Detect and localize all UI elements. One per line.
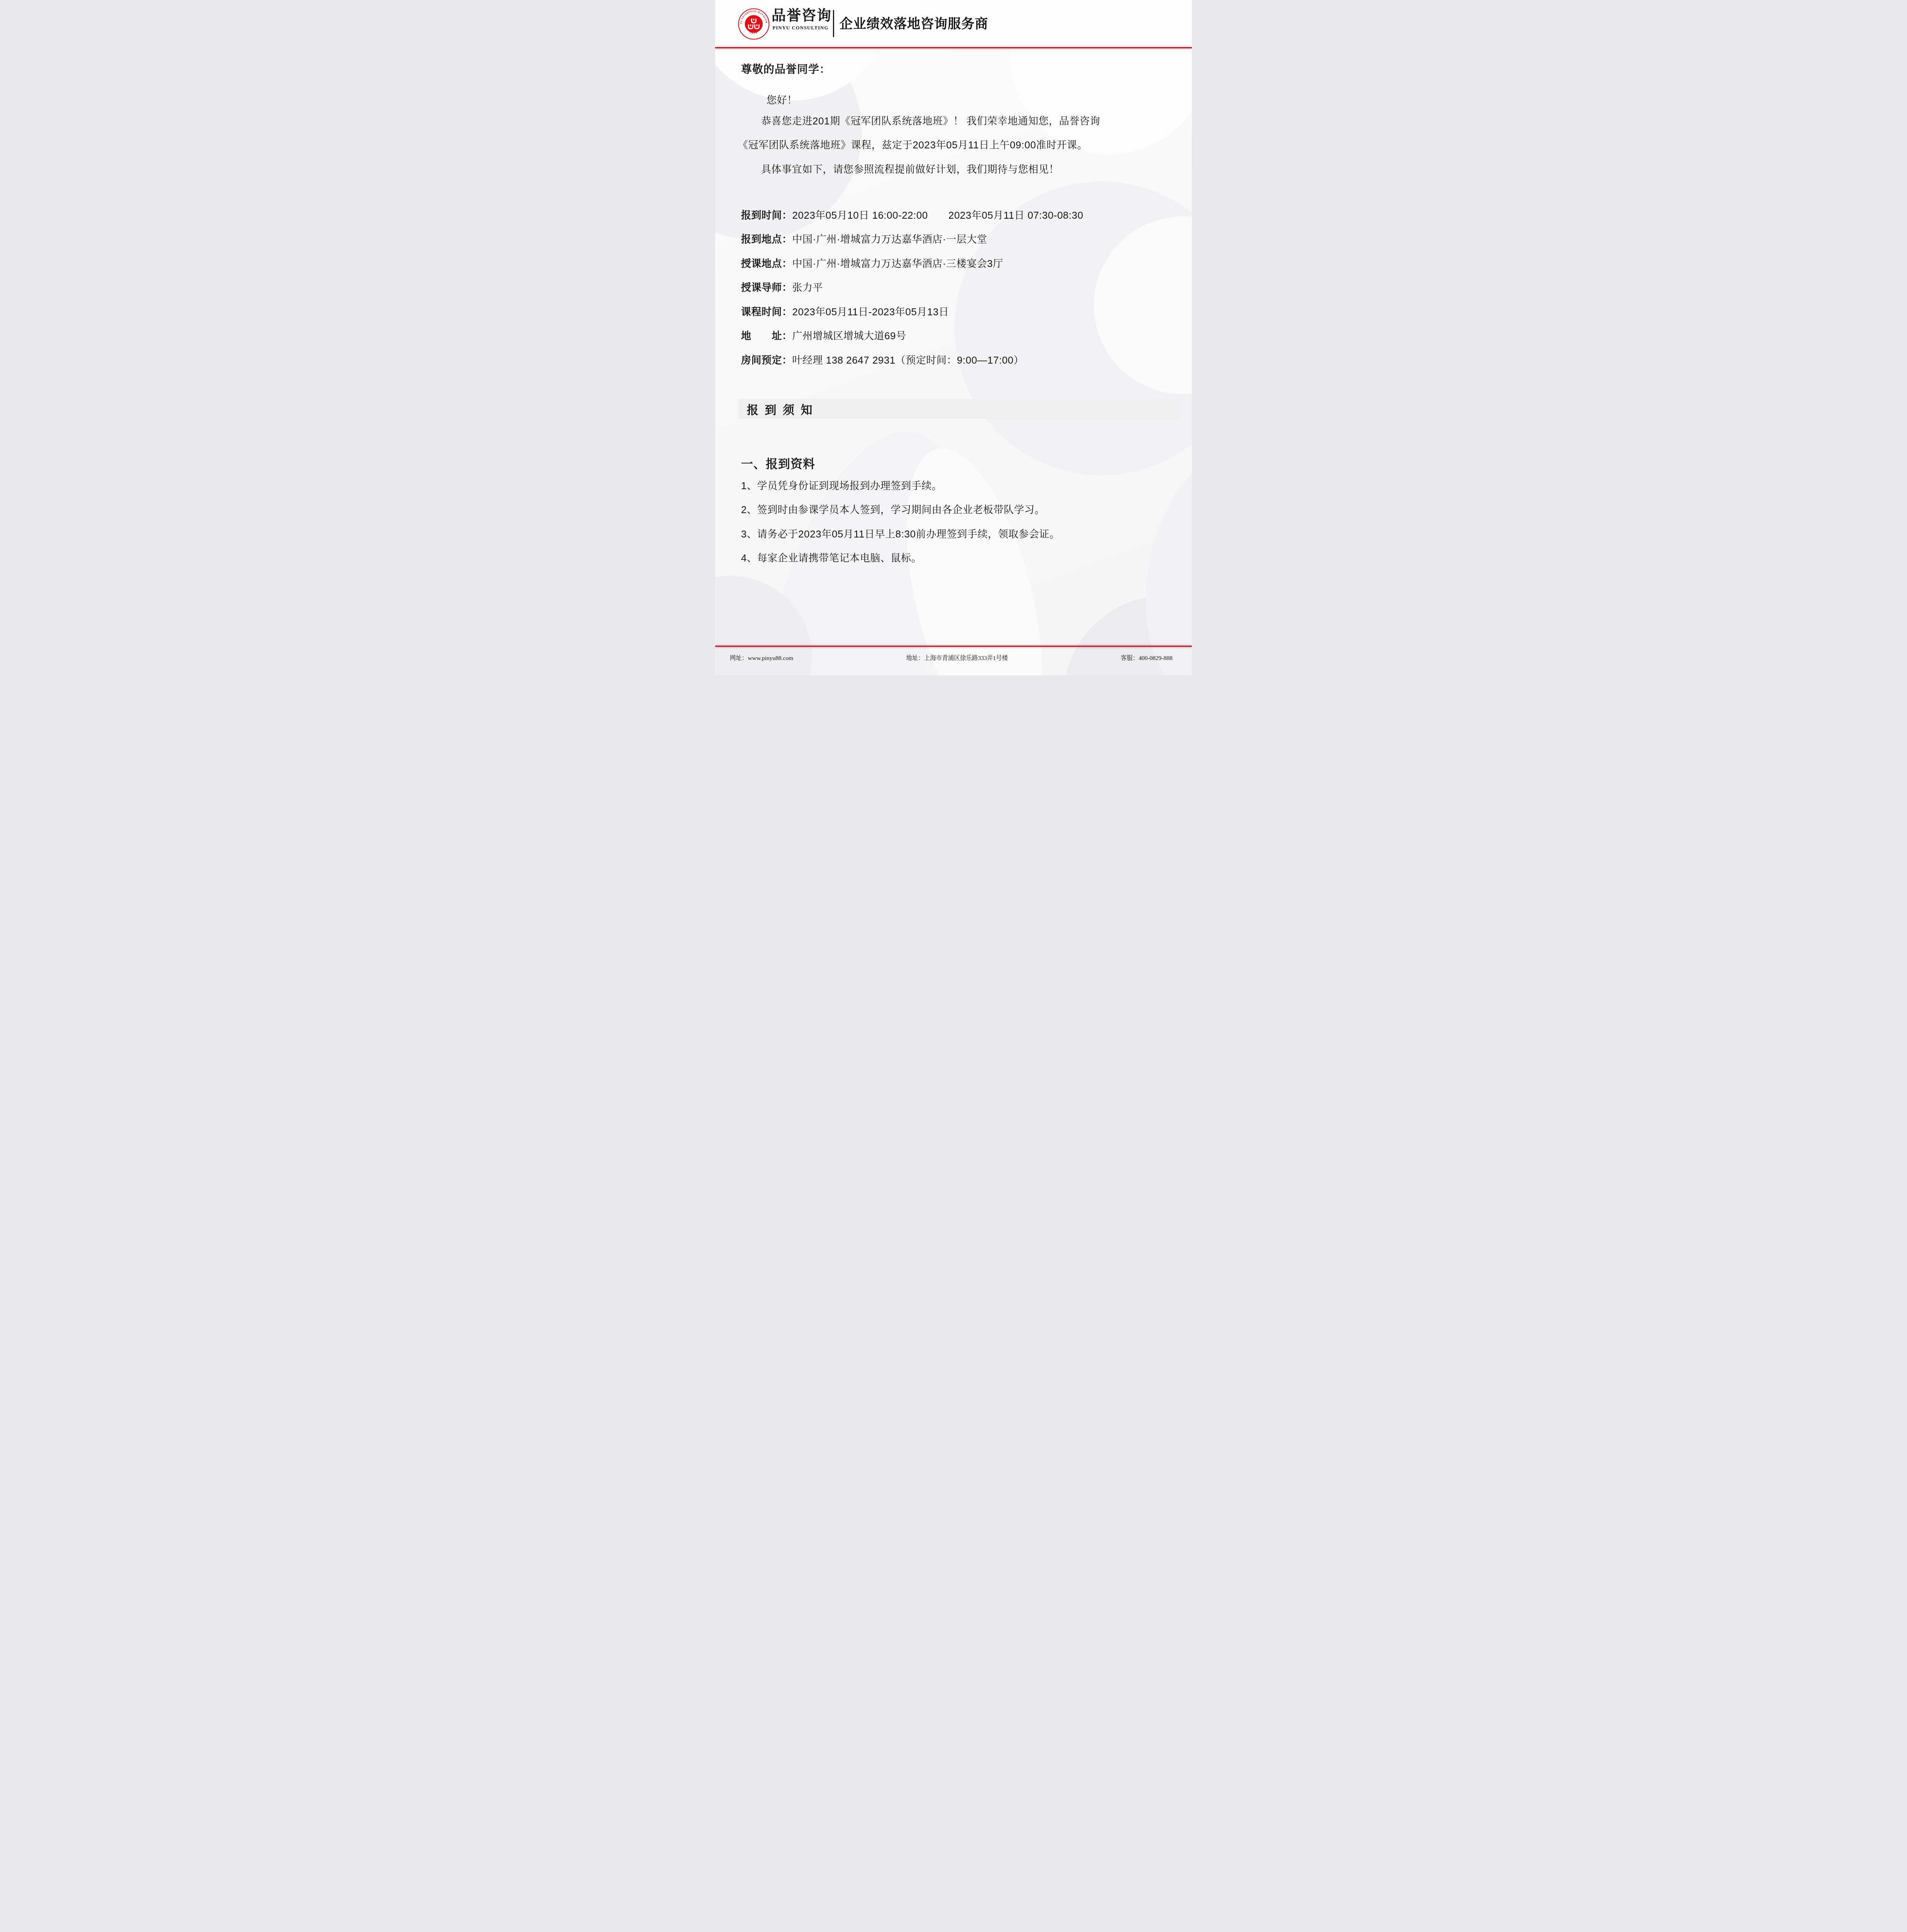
header: PINYU ENTERPRISE MANAGEMENT 2014	[715, 0, 1192, 47]
detail-label: 课程时间：	[741, 304, 792, 318]
pinyu-seal-logo-icon: PINYU ENTERPRISE MANAGEMENT 2014	[738, 8, 770, 40]
detail-label: 地 址：	[741, 328, 792, 342]
notice-list: 1、学员凭身份证到现场报到办理签到手续。 2、签到时由参课学员本人签到，学习期间…	[741, 473, 1176, 570]
detail-row: 地 址：广州增城区增城大道69号	[741, 323, 1176, 348]
footer-service-phone: 客服：400-0829-888	[1121, 653, 1173, 662]
event-details-list: 报到时间：2023年05月10日 16:00-22:00 2023年05月11日…	[741, 202, 1176, 372]
header-tagline: 企业绩效落地咨询服务商	[840, 13, 988, 32]
detail-row: 报到地点：中国·广州·增城富力万达嘉华酒店·一层大堂	[741, 227, 1176, 251]
detail-label: 报到时间：	[741, 207, 792, 222]
detail-row: 房间预定：叶经理 138 2647 2931（预定时间：9:00—17:00）	[741, 347, 1176, 372]
detail-value: 中国·广州·增城富力万达嘉华酒店·一层大堂	[792, 231, 987, 246]
detail-value: 广州增城区增城大道69号	[792, 328, 906, 342]
detail-label: 报到地点：	[741, 231, 792, 246]
detail-value: 叶经理 138 2647 2931（预定时间：9:00—17:00）	[792, 352, 1024, 367]
header-red-rule	[715, 47, 1192, 48]
detail-row: 课程时间：2023年05月11日-2023年05月13日	[741, 299, 1176, 323]
intro-paragraph: 恭喜您走进201期《冠军团队系统落地班》！ 我们荣幸地通知您，品誉咨询 《冠军团…	[741, 108, 1168, 181]
detail-row: 授课导师：张力平	[741, 275, 1176, 299]
brand-name-cn: 品誉咨询	[772, 9, 829, 24]
paragraph-line: 《冠军团队系统落地班》课程，兹定于2023年05月11日上午09:00准时开课。	[738, 133, 1168, 157]
brand-name-en: PINYU CONSULTING	[772, 25, 829, 31]
detail-value: 中国·广州·增城富力万达嘉华酒店·三楼宴会3厅	[792, 256, 1003, 270]
footer-website: 网址：www.pinyu88.com	[730, 653, 793, 662]
detail-row: 授课地点：中国·广州·增城富力万达嘉华酒店·三楼宴会3厅	[741, 251, 1176, 275]
notice-band: 报到须知	[738, 399, 1180, 419]
footer-red-rule	[715, 646, 1192, 647]
notice-list-item: 1、学员凭身份证到现场报到办理签到手续。	[741, 473, 1176, 497]
detail-value: 2023年05月10日 16:00-22:00 2023年05月11日 07:3…	[792, 207, 1083, 222]
detail-value: 2023年05月11日-2023年05月13日	[792, 304, 949, 318]
notice-list-item: 4、每家企业请携带笔记本电脑、鼠标。	[741, 546, 1176, 570]
paragraph-line: 具体事宜如下，请您参照流程提前做好计划，我们期待与您相见！	[741, 156, 1168, 181]
footer-address: 地址：上海市青浦区徐乐路333弄1号楼	[906, 653, 1008, 662]
paragraph-line: 恭喜您走进201期《冠军团队系统落地班》！ 我们荣幸地通知您，品誉咨询	[741, 108, 1168, 133]
document-page: PINYU ENTERPRISE MANAGEMENT 2014	[715, 0, 1192, 675]
detail-value: 张力平	[792, 280, 823, 294]
notice-list-item: 3、请务必于2023年05月11日早上8:30前办理签到手续，领取参会证。	[741, 521, 1176, 546]
detail-row: 报到时间：2023年05月10日 16:00-22:00 2023年05月11日…	[741, 202, 1176, 227]
detail-label: 房间预定：	[741, 352, 792, 367]
footer: 网址：www.pinyu88.com 地址：上海市青浦区徐乐路333弄1号楼 客…	[715, 650, 1192, 665]
brand-block: 品誉咨询 PINYU CONSULTING	[772, 9, 829, 31]
greeting-line: 您好！	[767, 92, 797, 107]
detail-label: 授课地点：	[741, 256, 792, 270]
notice-band-title: 报到须知	[738, 400, 819, 417]
salutation: 尊敬的品誉同学：	[741, 61, 831, 77]
notice-list-item: 2、签到时由参课学员本人签到，学习期间由各企业老板带队学习。	[741, 497, 1176, 522]
header-vertical-divider	[833, 10, 834, 37]
section-heading: 一、报到资料	[741, 454, 815, 471]
detail-label: 授课导师：	[741, 280, 792, 294]
